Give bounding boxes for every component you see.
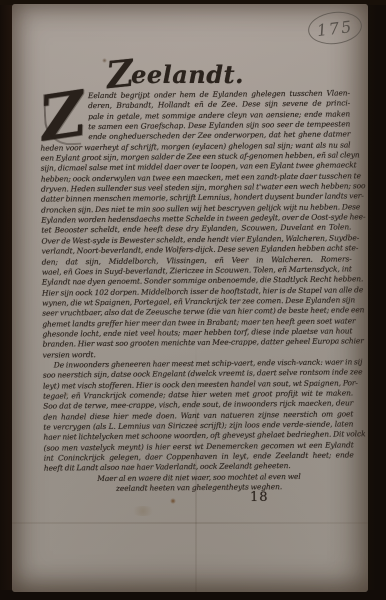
handwritten-folio-number: 175 (306, 9, 363, 47)
photo-border-right (366, 0, 386, 600)
text-line: zeelandt heeten van ghelegentheyts weghe… (44, 481, 354, 495)
paper-stain (170, 498, 176, 504)
drop-cap-initial: Z (36, 84, 91, 154)
book-page: 175 Zeelandt. Z Eelandt begrijpt onder h… (12, 4, 368, 592)
folio-text: 175 (316, 16, 355, 39)
crease-line-horizontal (12, 522, 368, 524)
text-block: Z Eelandt begrijpt onder hem de Eylanden… (40, 88, 354, 495)
page-number: 18 (250, 490, 269, 505)
title-text: eelandt. (131, 60, 244, 89)
paper-stain (130, 506, 156, 516)
